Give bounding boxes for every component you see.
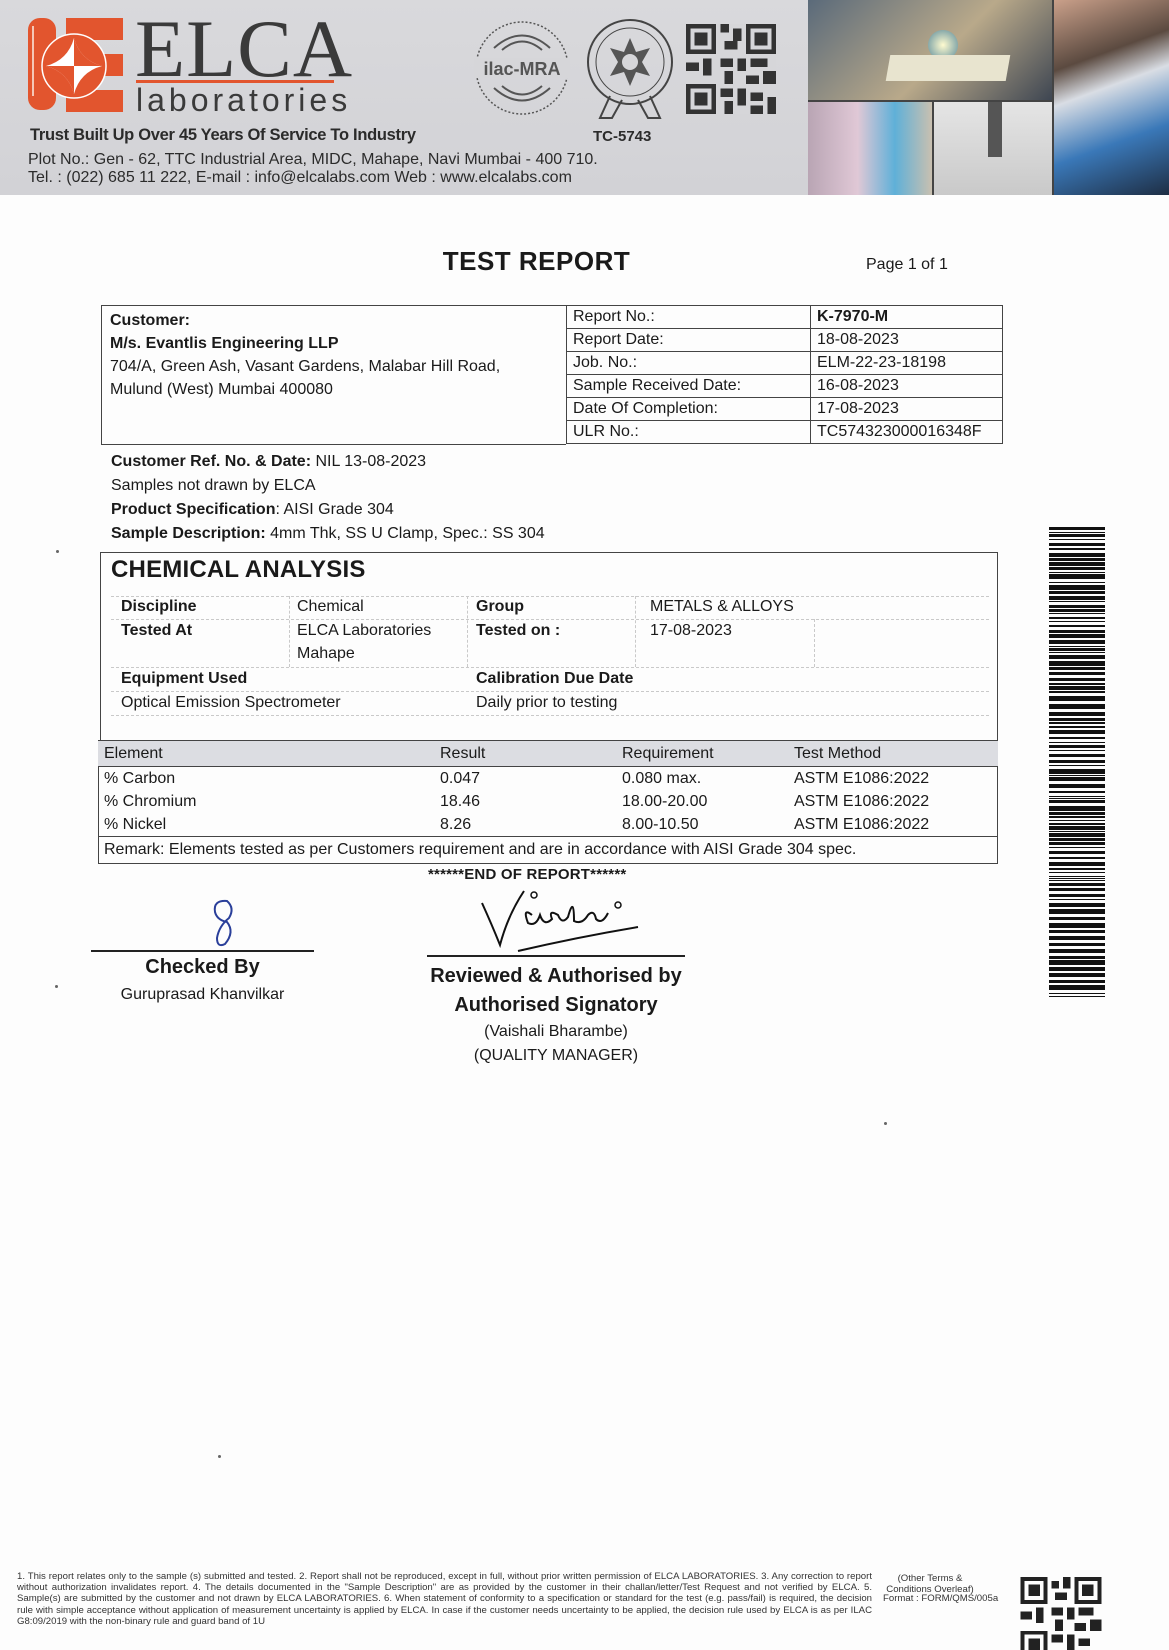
checker-name: Guruprasad Khanvilkar [91, 986, 314, 1004]
col-result: Result [434, 741, 616, 767]
result: 0.047 [434, 767, 616, 791]
form-format-code: Format : FORM/QMS/005a [883, 1593, 998, 1604]
requirement: 0.080 max. [616, 767, 788, 791]
report-number: K-7970-M [811, 306, 1003, 329]
col-element: Element [98, 741, 434, 767]
calibration-label: Calibration Due Date [476, 670, 633, 688]
discipline-value: Chemical [297, 598, 364, 616]
element: % Carbon [98, 767, 434, 791]
authoriser-role: (QUALITY MANAGER) [400, 1044, 712, 1068]
reviewed-label: Reviewed & Authorised by [400, 962, 712, 991]
samples-note: Samples not drawn by ELCA [111, 474, 545, 498]
table-row: % Carbon 0.047 0.080 max. ASTM E1086:202… [98, 767, 998, 791]
meta-row: Report Date:18-08-2023 [567, 329, 1003, 352]
terms-and-conditions: 1. This report relates only to the sampl… [17, 1571, 872, 1627]
address-line-2: Tel. : (022) 685 11 222, E-mail : info@e… [28, 169, 598, 187]
element: % Chromium [98, 790, 434, 813]
product-spec-value: : AISI Grade 304 [275, 501, 393, 518]
requirement: 18.00-20.00 [616, 790, 788, 813]
customer-name: M/s. Evantlis Engineering LLP [110, 332, 558, 355]
meta-row: ULR No.:TC574323000016348F [567, 421, 1003, 444]
sample-received-date: 16-08-2023 [811, 375, 1003, 398]
meta-row: Sample Received Date:16-08-2023 [567, 375, 1003, 398]
address-line-1: Plot No.: Gen - 62, TTC Industrial Area,… [28, 151, 598, 169]
authoriser-signature-line [427, 955, 685, 957]
sample-description: Sample Description: 4mm Thk, SS U Clamp,… [111, 522, 545, 546]
ilac-mra-logo-icon: ilac-MRA [472, 18, 572, 118]
scan-speck [218, 1455, 221, 1458]
qr-code-icon[interactable] [1020, 1577, 1102, 1650]
accreditation-code: TC-5743 [593, 128, 651, 145]
tested-at-label: Tested At [121, 622, 192, 640]
nabl-logo-icon [582, 18, 678, 122]
meta-row: Report No.:K-7970-M [567, 306, 1003, 329]
group-value: METALS & ALLOYS [650, 598, 794, 616]
brand-name: ELCA [135, 8, 353, 90]
meta-row: Date Of Completion:17-08-2023 [567, 398, 1003, 421]
job-number: ELM-22-23-18198 [811, 352, 1003, 375]
meta-key: ULR No.: [567, 421, 811, 444]
test-method: ASTM E1086:2022 [788, 813, 998, 837]
customer-label: Customer: [110, 309, 558, 332]
completion-date: 17-08-2023 [811, 398, 1003, 421]
scan-speck [56, 550, 59, 553]
equipment-label: Equipment Used [121, 670, 247, 688]
checker-signature-icon [205, 898, 240, 950]
page-number: Page 1 of 1 [866, 256, 948, 274]
letterhead: ELCA laboratories Trust Built Up Over 45… [0, 0, 1169, 195]
elca-logo-icon [28, 18, 123, 113]
element: % Nickel [98, 813, 434, 837]
results-table: Element Result Requirement Test Method %… [98, 740, 998, 864]
brand-subtitle: laboratories [136, 84, 351, 116]
remark-row: Remark: Elements tested as per Customers… [98, 837, 998, 864]
tested-at-value-2: Mahape [297, 645, 355, 663]
tested-on-label: Tested on : [476, 622, 560, 640]
authoriser-block: Reviewed & Authorised by Authorised Sign… [400, 962, 712, 1068]
tested-on-value: 17-08-2023 [650, 622, 732, 640]
customer-box: Customer: M/s. Evantlis Engineering LLP … [101, 305, 566, 445]
svg-text:ilac-MRA: ilac-MRA [483, 59, 560, 79]
meta-key: Sample Received Date: [567, 375, 811, 398]
equipment-value: Optical Emission Spectrometer [121, 694, 341, 712]
test-method: ASTM E1086:2022 [788, 767, 998, 791]
tagline: Trust Built Up Over 45 Years Of Service … [30, 126, 416, 145]
sample-description-label: Sample Description: [111, 525, 266, 542]
remark: Remark: Elements tested as per Customers… [98, 837, 998, 864]
barcode-icon [1049, 527, 1105, 997]
customer-address-line-2: Mulund (West) Mumbai 400080 [110, 378, 558, 401]
table-row: % Nickel 8.26 8.00-10.50 ASTM E1086:2022 [98, 813, 998, 837]
sample-description-value: 4mm Thk, SS U Clamp, Spec.: SS 304 [266, 525, 545, 542]
discipline-label: Discipline [121, 598, 197, 616]
meta-key: Report No.: [567, 306, 811, 329]
product-spec: Product Specification: AISI Grade 304 [111, 498, 545, 522]
col-test-method: Test Method [788, 741, 998, 767]
scan-speck [55, 985, 58, 988]
meta-key: Job. No.: [567, 352, 811, 375]
report-date: 18-08-2023 [811, 329, 1003, 352]
scan-speck [884, 1122, 887, 1125]
customer-ref: Customer Ref. No. & Date: NIL 13-08-2023 [111, 450, 545, 474]
col-requirement: Requirement [616, 741, 788, 767]
customer-ref-label: Customer Ref. No. & Date: [111, 453, 311, 470]
calibration-value: Daily prior to testing [476, 694, 617, 712]
end-of-report: ******END OF REPORT****** [428, 866, 626, 883]
result: 18.46 [434, 790, 616, 813]
group-label: Group [476, 598, 524, 616]
customer-ref-value: NIL 13-08-2023 [311, 453, 426, 470]
meta-key: Report Date: [567, 329, 811, 352]
signatory-label: Authorised Signatory [400, 991, 712, 1020]
qr-code-icon[interactable] [686, 24, 776, 114]
report-meta-table: Report No.:K-7970-M Report Date:18-08-20… [566, 305, 1003, 444]
results-header-row: Element Result Requirement Test Method [98, 741, 998, 767]
section-title: CHEMICAL ANALYSIS [111, 556, 366, 584]
meta-row: Job. No.:ELM-22-23-18198 [567, 352, 1003, 375]
lab-photo-collage [808, 0, 1169, 195]
checked-by-label: Checked By [91, 956, 314, 979]
result: 8.26 [434, 813, 616, 837]
meta-key: Date Of Completion: [567, 398, 811, 421]
tested-at-value: ELCA Laboratories [297, 622, 431, 640]
requirement: 8.00-10.50 [616, 813, 788, 837]
table-row: % Chromium 18.46 18.00-20.00 ASTM E1086:… [98, 790, 998, 813]
authoriser-signature-icon [478, 885, 648, 955]
reference-block: Customer Ref. No. & Date: NIL 13-08-2023… [111, 450, 545, 546]
test-method: ASTM E1086:2022 [788, 790, 998, 813]
lab-address: Plot No.: Gen - 62, TTC Industrial Area,… [28, 151, 598, 187]
product-spec-label: Product Specification [111, 501, 275, 518]
authoriser-name: (Vaishali Bharambe) [400, 1020, 712, 1044]
customer-address-line-1: 704/A, Green Ash, Vasant Gardens, Malaba… [110, 355, 558, 378]
checker-signature-line [91, 950, 314, 952]
ulr-number: TC574323000016348F [811, 421, 1003, 444]
